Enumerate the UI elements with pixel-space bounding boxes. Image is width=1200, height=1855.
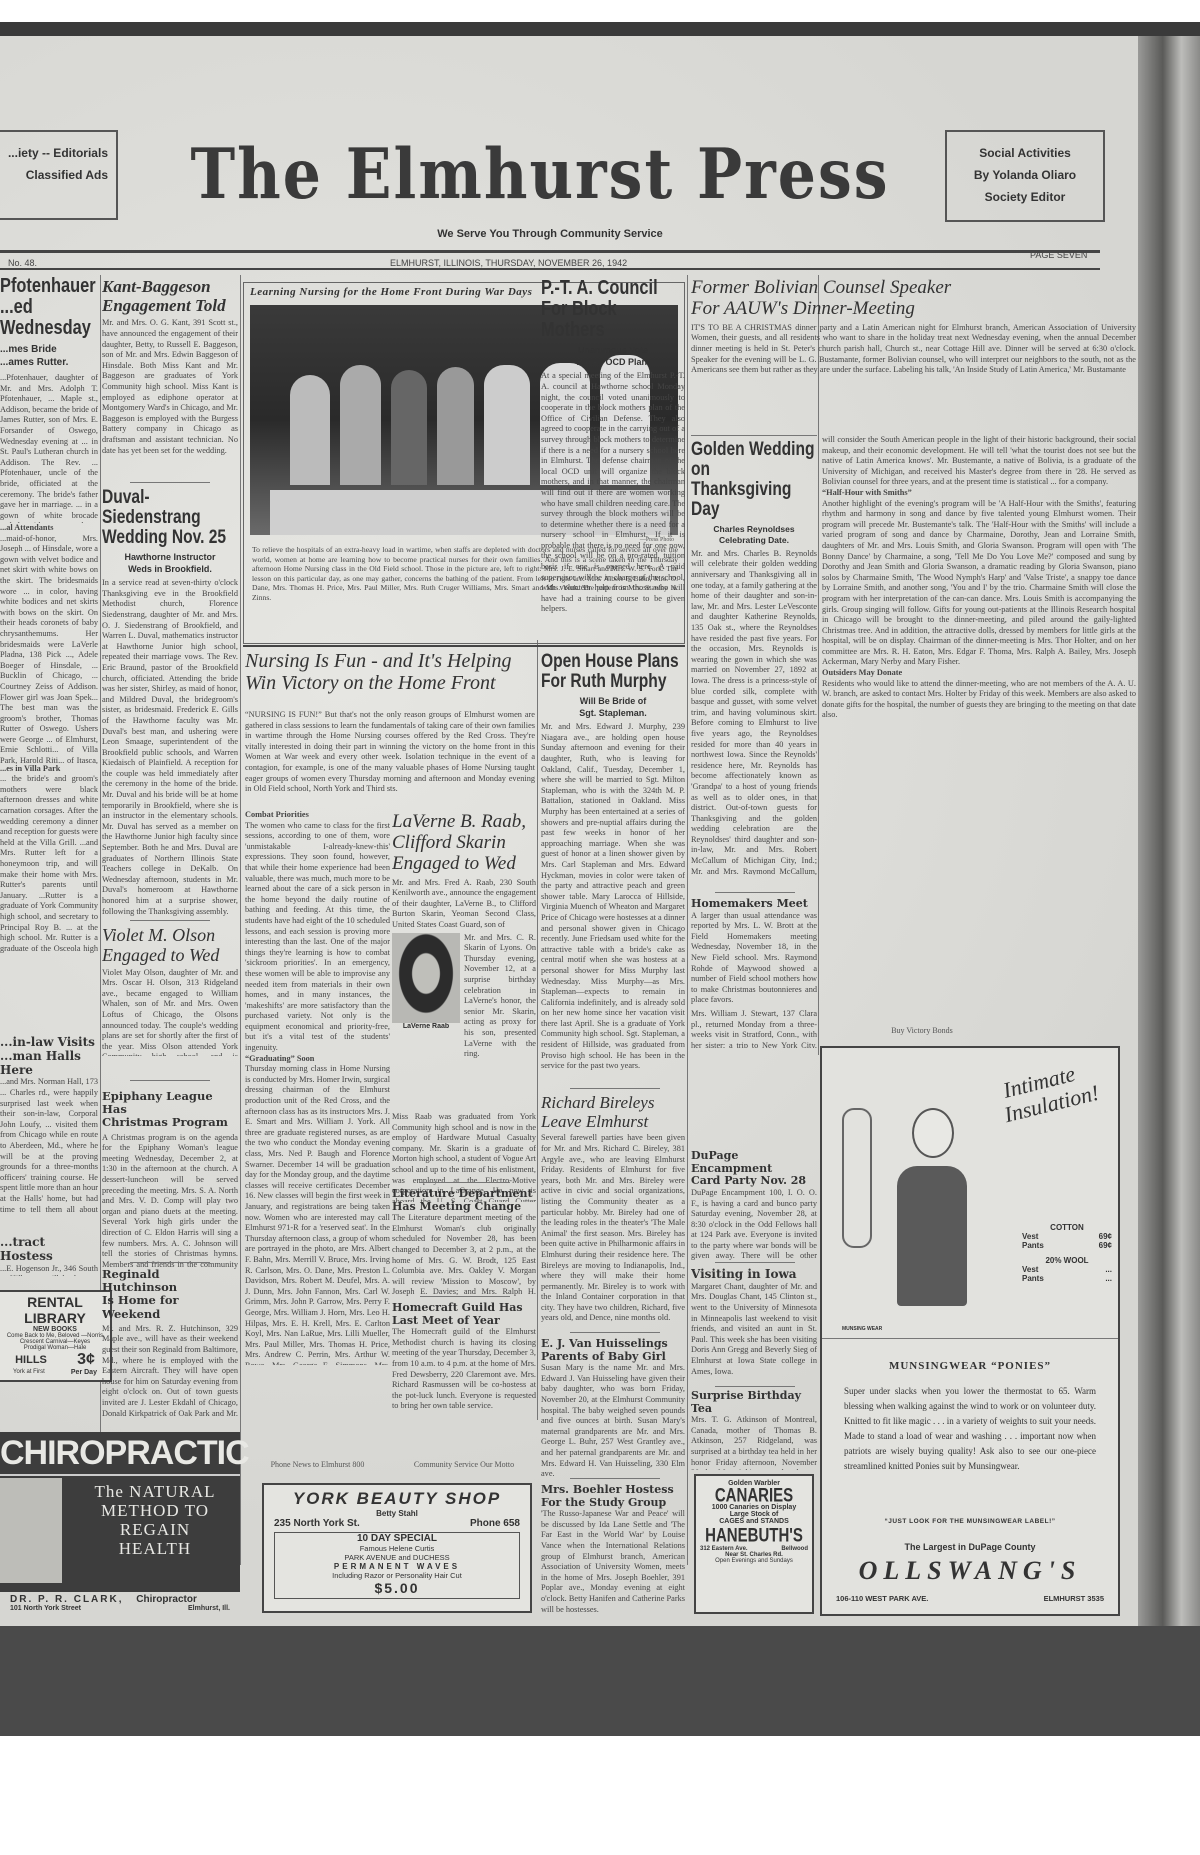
headline: P.-T. A. Council bbox=[541, 278, 685, 299]
article-golden-wedding: Golden Wedding on Thanksgiving Day Charl… bbox=[691, 435, 817, 875]
headline: Christmas Program bbox=[102, 1116, 238, 1129]
article-body: Mr. and Mrs. Edward J. Murphy, 239 Niaga… bbox=[541, 722, 685, 1072]
article-body: IT'S TO BE A CHRISTMAS dinner party and … bbox=[691, 323, 1136, 376]
right-ear-line: Society Editor bbox=[947, 186, 1103, 208]
headline: Golden Wedding on bbox=[691, 440, 817, 480]
headline: Engaged to Wed bbox=[102, 946, 238, 966]
dateline: ELMHURST, ILLINOIS, THURSDAY, NOVEMBER 2… bbox=[390, 258, 627, 268]
article-body: ...Pfotenhauer, daughter of Mr. and Mrs.… bbox=[0, 373, 98, 523]
ad-line: Famous Helene Curtis bbox=[275, 1544, 519, 1553]
article-body: Susan Mary is the name Mr. and Mrs. Edwa… bbox=[541, 1363, 685, 1478]
article-bireleys: Richard Bireleys Leave Elmhurst Several … bbox=[541, 1094, 685, 1334]
masthead-rule bbox=[0, 250, 1100, 253]
headline: Leave Elmhurst bbox=[541, 1113, 685, 1132]
divider bbox=[130, 1262, 210, 1263]
headline: DuPage Encampment bbox=[691, 1150, 817, 1175]
headline: For AAUW's Dinner-Meeting bbox=[691, 299, 1136, 320]
item-name: Vest bbox=[1022, 1232, 1038, 1241]
divider bbox=[130, 920, 210, 921]
article-birthday-tea: Surprise Birthday Tea Mrs. T. G. Atkinso… bbox=[691, 1390, 817, 1470]
article-boehler: Mrs. Boehler Hostess For the Study Group… bbox=[541, 1484, 685, 1614]
ad-title: CANARIES bbox=[696, 1484, 812, 1506]
divider bbox=[715, 1386, 795, 1387]
store-name: HILLS bbox=[15, 1354, 47, 1366]
article-bolivian-head: Former Bolivian Counsel Speaker For AAUW… bbox=[691, 278, 1136, 438]
store-name: HANEBUTH'S bbox=[696, 1524, 812, 1546]
headline: Duval-Siedenstrang bbox=[102, 488, 238, 528]
ad-slogan: “JUST LOOK FOR THE MUNSINGWEAR LABEL!” bbox=[832, 1518, 1108, 1525]
divider bbox=[130, 1080, 210, 1081]
deck: Hawthorne Instructor bbox=[102, 552, 238, 564]
deck: Charles Reynoldses bbox=[691, 524, 817, 535]
ad-munsingwear: Intimate Insulation! COTTON Vest69¢ Pant… bbox=[820, 1046, 1120, 1616]
price: 3¢ bbox=[77, 1351, 95, 1369]
headline: Literature Department bbox=[392, 1188, 536, 1201]
article-pta: P.-T. A. Council For Block Mothers Unani… bbox=[541, 278, 685, 648]
ad-tagline: The Largest in DuPage County bbox=[832, 1542, 1108, 1552]
article-homecraft: Homecraft Guild Has Last Meet of Year Th… bbox=[392, 1302, 536, 1442]
headline: Mrs. Boehler Hostess bbox=[541, 1484, 685, 1497]
article-pfotenhauer: Pfotenhauer ...ed Wednesday ...mes Bride… bbox=[0, 276, 98, 996]
store-name: OLLSWANG'S bbox=[822, 1556, 1118, 1586]
deck: Backs OCD Plan. bbox=[541, 357, 685, 369]
divider bbox=[570, 1088, 660, 1089]
store-phone: ELMHURST 3535 bbox=[1044, 1594, 1104, 1603]
ad-canaries: Golden Warbler CANARIES 1000 Canaries on… bbox=[694, 1474, 814, 1614]
deck: Unanimous Vote bbox=[541, 345, 685, 357]
deck: Weds in Brookfield. bbox=[102, 564, 238, 576]
article-body: Residents who would like to attend the d… bbox=[822, 679, 1136, 721]
brand-mark: MUNSING WEAR bbox=[842, 1326, 882, 1332]
article-iowa: Visiting in Iowa Margaret Chant, daughte… bbox=[691, 1268, 817, 1383]
ad-line: PARK AVENUE and DUCHESS bbox=[275, 1553, 519, 1562]
article-literature: Literature Department Has Meeting Change… bbox=[392, 1188, 536, 1298]
ad-phone: Phone 658 bbox=[470, 1518, 520, 1529]
article-contract-hostess: ...tract Hostess ...E. Hogenson Jr., 346… bbox=[0, 1236, 98, 1276]
headline: For Ruth Murphy bbox=[541, 672, 685, 692]
ad-price: $5.00 bbox=[275, 1580, 519, 1596]
ad-subtitle: NEW BOOKS bbox=[0, 1326, 110, 1333]
headline: For the Study Group bbox=[541, 1497, 685, 1510]
ad-title: RENTAL LIBRARY bbox=[0, 1294, 110, 1326]
headline: E. J. Van Huisselings bbox=[541, 1338, 685, 1351]
article-body: 'The Russo-Japanese War and Peace' will … bbox=[541, 1509, 685, 1614]
headline: LaVerne B. Raab, bbox=[392, 812, 536, 833]
headline: ...man Halls Here bbox=[0, 1050, 98, 1078]
article-body: ...and Mrs. Norman Hall, 173 ... Charles… bbox=[0, 1077, 98, 1216]
footer-phone-news: Phone News to Elmhurst 800 bbox=[245, 1460, 390, 1474]
doctor-name: DR. P. R. CLARK, bbox=[10, 1594, 124, 1605]
ad-headline: MUNSINGWEAR “PONIES” bbox=[832, 1360, 1108, 1372]
article-body: The Homecraft guild of the Elmhurst Meth… bbox=[392, 1327, 536, 1412]
cotton-label: COTTON bbox=[1022, 1223, 1112, 1232]
page-frame: ...iety -- Editorials Classified Ads The… bbox=[0, 0, 1200, 1855]
headline: Homemakers Meet bbox=[691, 898, 817, 911]
deck: ...mes Bride bbox=[0, 343, 98, 356]
ad-chiropractic: CHIROPRACTIC The NATURAL METHOD TO REGAI… bbox=[0, 1432, 240, 1592]
price-unit: Per Day bbox=[71, 1369, 97, 1376]
headline: Engagement Told bbox=[102, 297, 238, 316]
article-body: Mrs. William J. Stewart, 137 Clara pl., … bbox=[691, 1009, 817, 1048]
illustration-woman bbox=[842, 1088, 992, 1318]
article-dupage: DuPage Encampment Card Party Nov. 28 DuP… bbox=[691, 1150, 817, 1260]
wool-label: 20% WOOL bbox=[1022, 1256, 1112, 1265]
item-name: Pants bbox=[1022, 1274, 1044, 1283]
ad-address: 235 North York St. bbox=[274, 1518, 360, 1529]
ad-special: 10 DAY SPECIAL bbox=[275, 1533, 519, 1544]
article-duval: Duval-Siedenstrang Wedding Nov. 25 Hawth… bbox=[102, 488, 238, 928]
divider bbox=[130, 482, 210, 483]
subhead: ...es in Villa Park bbox=[0, 764, 98, 775]
ad-line: REGAIN bbox=[70, 1520, 240, 1539]
article-body: Margaret Chant, daughter of Mr. and Mrs.… bbox=[691, 1282, 817, 1377]
headline: Epiphany League Has bbox=[102, 1090, 238, 1116]
headline: Surprise Birthday Tea bbox=[691, 1390, 817, 1415]
bottom-margin bbox=[0, 1736, 1200, 1855]
headline: Visiting in Iowa bbox=[691, 1268, 817, 1282]
article-raab: LaVerne B. Raab, Clifford Skarin Engaged… bbox=[392, 812, 536, 1112]
ad-title: CHIROPRACTIC bbox=[0, 1432, 240, 1476]
article-body: ...maid-of-honor, Mrs. Joseph ... of Hin… bbox=[0, 534, 98, 764]
ad-line: PERMANENT WAVES bbox=[275, 1562, 519, 1571]
footer-victory-bonds: Buy Victory Bonds bbox=[822, 1026, 1022, 1040]
divider bbox=[420, 1296, 510, 1297]
article-body: Several farewell parties have been given… bbox=[541, 1133, 685, 1324]
deck: Sgt. Stapleman. bbox=[541, 708, 685, 720]
item-name: Pants bbox=[1022, 1241, 1044, 1250]
article-body: Mrs. T. G. Atkinson of Montreal, Canada,… bbox=[691, 1415, 817, 1470]
subhead: Outsiders May Donate bbox=[822, 668, 1136, 679]
headline: Kant-Baggeson bbox=[102, 278, 238, 297]
ad-line: The NATURAL bbox=[70, 1482, 240, 1501]
headline: Violet M. Olson bbox=[102, 926, 238, 946]
article-body: A Christmas program is on the agenda for… bbox=[102, 1133, 238, 1270]
deck: Celebrating Date. bbox=[691, 535, 817, 546]
article-body: ...E. Hogenson Jr., 346 South ... Hill a… bbox=[0, 1264, 98, 1276]
ad-title: YORK BEAUTY SHOP bbox=[268, 1489, 526, 1509]
ad-body: Super under slacks when you lower the th… bbox=[844, 1384, 1096, 1474]
headline: Is Home for Weekend bbox=[102, 1294, 238, 1320]
headline: Open House Plans bbox=[541, 652, 685, 672]
store-address: 106-110 WEST PARK AVE. bbox=[836, 1594, 928, 1603]
item-price: 69¢ bbox=[1099, 1241, 1112, 1250]
headline: Engaged to Wed bbox=[392, 854, 536, 875]
item-price: ... bbox=[1105, 1274, 1112, 1283]
article-homemakers: Homemakers Meet A larger than usual atte… bbox=[691, 898, 817, 1048]
subhead: Combat Priorities bbox=[245, 810, 390, 821]
left-ear-line: Classified Ads bbox=[0, 164, 108, 186]
store-city: Bellwood bbox=[781, 1546, 808, 1552]
article-olson: Violet M. Olson Engaged to Wed Violet Ma… bbox=[102, 926, 238, 1056]
divider bbox=[715, 892, 795, 893]
item-price: ... bbox=[1105, 1265, 1112, 1274]
left-ear: ...iety -- Editorials Classified Ads bbox=[0, 130, 118, 220]
column-divider bbox=[687, 275, 688, 1565]
item-name: Vest bbox=[1022, 1265, 1038, 1274]
ad-line: Including Razor or Personality Hair Cut bbox=[275, 1571, 519, 1580]
headline: Parents of Baby Girl bbox=[541, 1351, 685, 1364]
subhead: ...al Attendants bbox=[0, 523, 98, 534]
headline: Card Party Nov. 28 bbox=[691, 1175, 817, 1188]
article-nursing-fun-lead: “NURSING IS FUN!” But that's not the onl… bbox=[245, 710, 535, 810]
article-body: The women who came to class for the firs… bbox=[245, 821, 390, 1054]
article-body: ... the bride's and groom's mothers were… bbox=[0, 774, 98, 954]
right-ear: Social Activities By Yolanda Oliaro Soci… bbox=[945, 130, 1105, 222]
item-price: 69¢ bbox=[1099, 1232, 1112, 1241]
scan-bottom-border bbox=[0, 1626, 1200, 1736]
headline: Nursing Is Fun - and It's Helping bbox=[245, 650, 535, 672]
left-ear-line: ...iety -- Editorials bbox=[0, 142, 108, 164]
column-divider bbox=[537, 640, 538, 1420]
city: Elmhurst, Ill. bbox=[188, 1605, 230, 1612]
headline: Richard Bireleys bbox=[541, 1094, 685, 1113]
article-body: Another highlight of the evening's progr… bbox=[822, 499, 1136, 669]
ad-york-beauty-shop: YORK BEAUTY SHOP Betty Stahl 235 North Y… bbox=[262, 1483, 532, 1613]
profession: Chiropractor bbox=[136, 1594, 197, 1605]
article-kant-baggeson: Kant-Baggeson Engagement Told Mr. and Mr… bbox=[102, 278, 238, 488]
ad-owner: Betty Stahl bbox=[268, 1509, 526, 1518]
headline: Clifford Skarin bbox=[392, 833, 536, 854]
headline: Thanksgiving Day bbox=[691, 480, 817, 520]
footer-motto: Community Service Our Motto bbox=[392, 1460, 536, 1474]
article-body: Thursday morning class in Home Nursing i… bbox=[245, 1064, 390, 1365]
headline: Win Victory on the Home Front bbox=[245, 672, 535, 694]
page-label: PAGE SEVEN bbox=[1030, 250, 1087, 260]
article-body: At a special meeting of the Elmhurst P.-… bbox=[541, 371, 685, 615]
headline: Wedding Nov. 25 bbox=[102, 528, 238, 548]
right-ear-line: Social Activities bbox=[947, 142, 1103, 164]
masthead: ...iety -- Editorials Classified Ads The… bbox=[0, 100, 1138, 270]
headline: Reginald Hutchinson bbox=[102, 1268, 238, 1294]
article-body: Mr. and Mrs. Charles B. Reynolds will ce… bbox=[691, 549, 817, 875]
divider bbox=[715, 1262, 795, 1263]
motto: We Serve You Through Community Service bbox=[390, 228, 710, 240]
article-body: Mr. and Mrs. Fred A. Raab, 230 South Ken… bbox=[392, 878, 536, 931]
ad-rental-library: RENTAL LIBRARY NEW BOOKS Come Back to Me… bbox=[0, 1290, 112, 1382]
ad-line: HEALTH bbox=[70, 1539, 240, 1558]
chiropractic-footer: DR. P. R. CLARK, Chiropractor 101 North … bbox=[0, 1594, 240, 1624]
deck: ...ames Rutter. bbox=[0, 356, 98, 369]
article-body: A larger than usual attendance was repor… bbox=[691, 911, 817, 1006]
article-bolivian-cont: will consider the South American people … bbox=[822, 435, 1136, 1045]
article-body: Mr. and Mrs. C. R. Skarin of Lyons. On T… bbox=[464, 933, 536, 1060]
scan-right-edge bbox=[1138, 36, 1200, 1626]
article-epiphany: Epiphany League Has Christmas Program A … bbox=[102, 1090, 238, 1270]
photo-laverne-raab bbox=[392, 933, 460, 1023]
headline: Pfotenhauer bbox=[0, 276, 98, 297]
headline: ...ed Wednesday bbox=[0, 297, 98, 339]
article-body: Violet May Olson, daughter of Mr. and Mr… bbox=[102, 968, 238, 1056]
subhead: “Half-Hour with Smiths” bbox=[822, 488, 1136, 499]
headline: ...in-law Visits bbox=[0, 1036, 98, 1050]
address: 101 North York Street bbox=[10, 1605, 81, 1612]
article-halls: ...in-law Visits ...man Halls Here ...an… bbox=[0, 1036, 98, 1216]
issue-number: No. 48. bbox=[8, 258, 37, 268]
deck: Will Be Bride of bbox=[541, 696, 685, 708]
article-body: The Literature department meeting of the… bbox=[392, 1213, 536, 1298]
headline: Homecraft Guild Has bbox=[392, 1302, 536, 1315]
divider bbox=[570, 1478, 660, 1479]
article-body: Mr. and Mrs. R. Z. Hutchinson, 329 Maple… bbox=[102, 1324, 238, 1418]
article-body: “NURSING IS FUN!” But that's not the onl… bbox=[245, 710, 535, 795]
right-ear-line: By Yolanda Oliaro bbox=[947, 164, 1103, 186]
article-body: In a service read at seven-thirty o'cloc… bbox=[102, 578, 238, 917]
article-van-huisseling: E. J. Van Huisselings Parents of Baby Gi… bbox=[541, 1338, 685, 1478]
article-ruth-murphy: Open House Plans For Ruth Murphy Will Be… bbox=[541, 652, 685, 1077]
article-nursing-fun-col: Combat Priorities The women who came to … bbox=[245, 810, 390, 1365]
column-divider bbox=[240, 275, 241, 1565]
article-body: DuPage Encampment 100, I. O. O. F., is h… bbox=[691, 1188, 817, 1260]
store-address: York at First bbox=[13, 1369, 45, 1376]
illustration-patient bbox=[0, 1478, 62, 1583]
headline: ...tract Hostess bbox=[0, 1236, 98, 1264]
headline: Has Meeting Change bbox=[392, 1201, 536, 1214]
subhead: “Graduating” Soon bbox=[245, 1054, 390, 1065]
divider bbox=[570, 1332, 660, 1333]
spacer bbox=[690, 800, 691, 801]
newspaper-title: The Elmhurst Press bbox=[190, 135, 890, 216]
headline: Last Meet of Year bbox=[392, 1315, 536, 1328]
article-hutchinson: Reginald Hutchinson Is Home for Weekend … bbox=[102, 1268, 238, 1418]
ad-line: METHOD TO bbox=[70, 1501, 240, 1520]
store-hours: Open Evenings and Sundays bbox=[696, 1558, 812, 1564]
masthead-rule bbox=[0, 268, 1100, 270]
headline: Former Bolivian Counsel Speaker bbox=[691, 278, 1136, 299]
article-body: will consider the South American people … bbox=[822, 435, 1136, 488]
ad-line: Large Stock of bbox=[696, 1511, 812, 1518]
article-body: Mr. and Mrs. O. G. Kant, 391 Scott st., … bbox=[102, 318, 238, 456]
headline: For Block Mothers bbox=[541, 299, 685, 341]
divider bbox=[420, 1182, 510, 1183]
photo-caption: LaVerne Raab bbox=[392, 1023, 460, 1030]
